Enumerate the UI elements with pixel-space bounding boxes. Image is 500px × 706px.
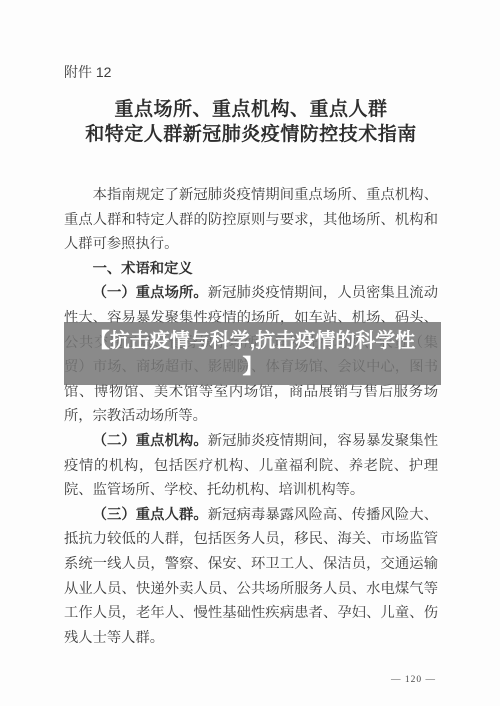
- attachment-label: 附件 12: [64, 62, 438, 82]
- paragraph-key-groups: （三）重点人群。新冠病毒暴露风险高、传播风险大、抵抗力较低的人群，包括医务人员，…: [64, 503, 438, 651]
- section-heading: 一、术语和定义: [64, 257, 438, 282]
- document-body: 本指南规定了新冠肺炎疫情期间重点场所、重点机构、重点人群和特定人群的防控原则与要…: [64, 183, 438, 650]
- paragraph-key-institutions: （二）重点机构。新冠肺炎疫情期间，容易暴发聚集性疫情的机构，包括医疗机构、儿童福…: [64, 429, 438, 503]
- page-number: — 120 —: [391, 675, 436, 685]
- watermark-text-line-2: 】: [243, 354, 263, 380]
- paragraph-label: （一）重点场所。: [93, 285, 208, 301]
- title-line-1: 重点场所、重点机构、重点人群: [64, 98, 438, 123]
- paragraph-label: （三）重点人群。: [93, 507, 208, 523]
- title-line-2: 和特定人群新冠肺炎疫情防控技术指南: [64, 123, 438, 148]
- watermark-text-line-1: 【抗击疫情与科学,抗击疫情的科学性: [90, 328, 416, 354]
- document-page: 附件 12 重点场所、重点机构、重点人群 和特定人群新冠肺炎疫情防控技术指南 本…: [0, 0, 500, 706]
- paragraph-label: （二）重点机构。: [93, 433, 208, 449]
- watermark-band: 【抗击疫情与科学,抗击疫情的科学性 】: [64, 322, 441, 385]
- paragraph-text: 新冠病毒暴露风险高、传播风险大、抵抗力较低的人群，包括医务人员，移民、海关、市场…: [64, 507, 438, 646]
- page-title: 重点场所、重点机构、重点人群 和特定人群新冠肺炎疫情防控技术指南: [64, 98, 438, 147]
- intro-paragraph: 本指南规定了新冠肺炎疫情期间重点场所、重点机构、重点人群和特定人群的防控原则与要…: [64, 183, 438, 257]
